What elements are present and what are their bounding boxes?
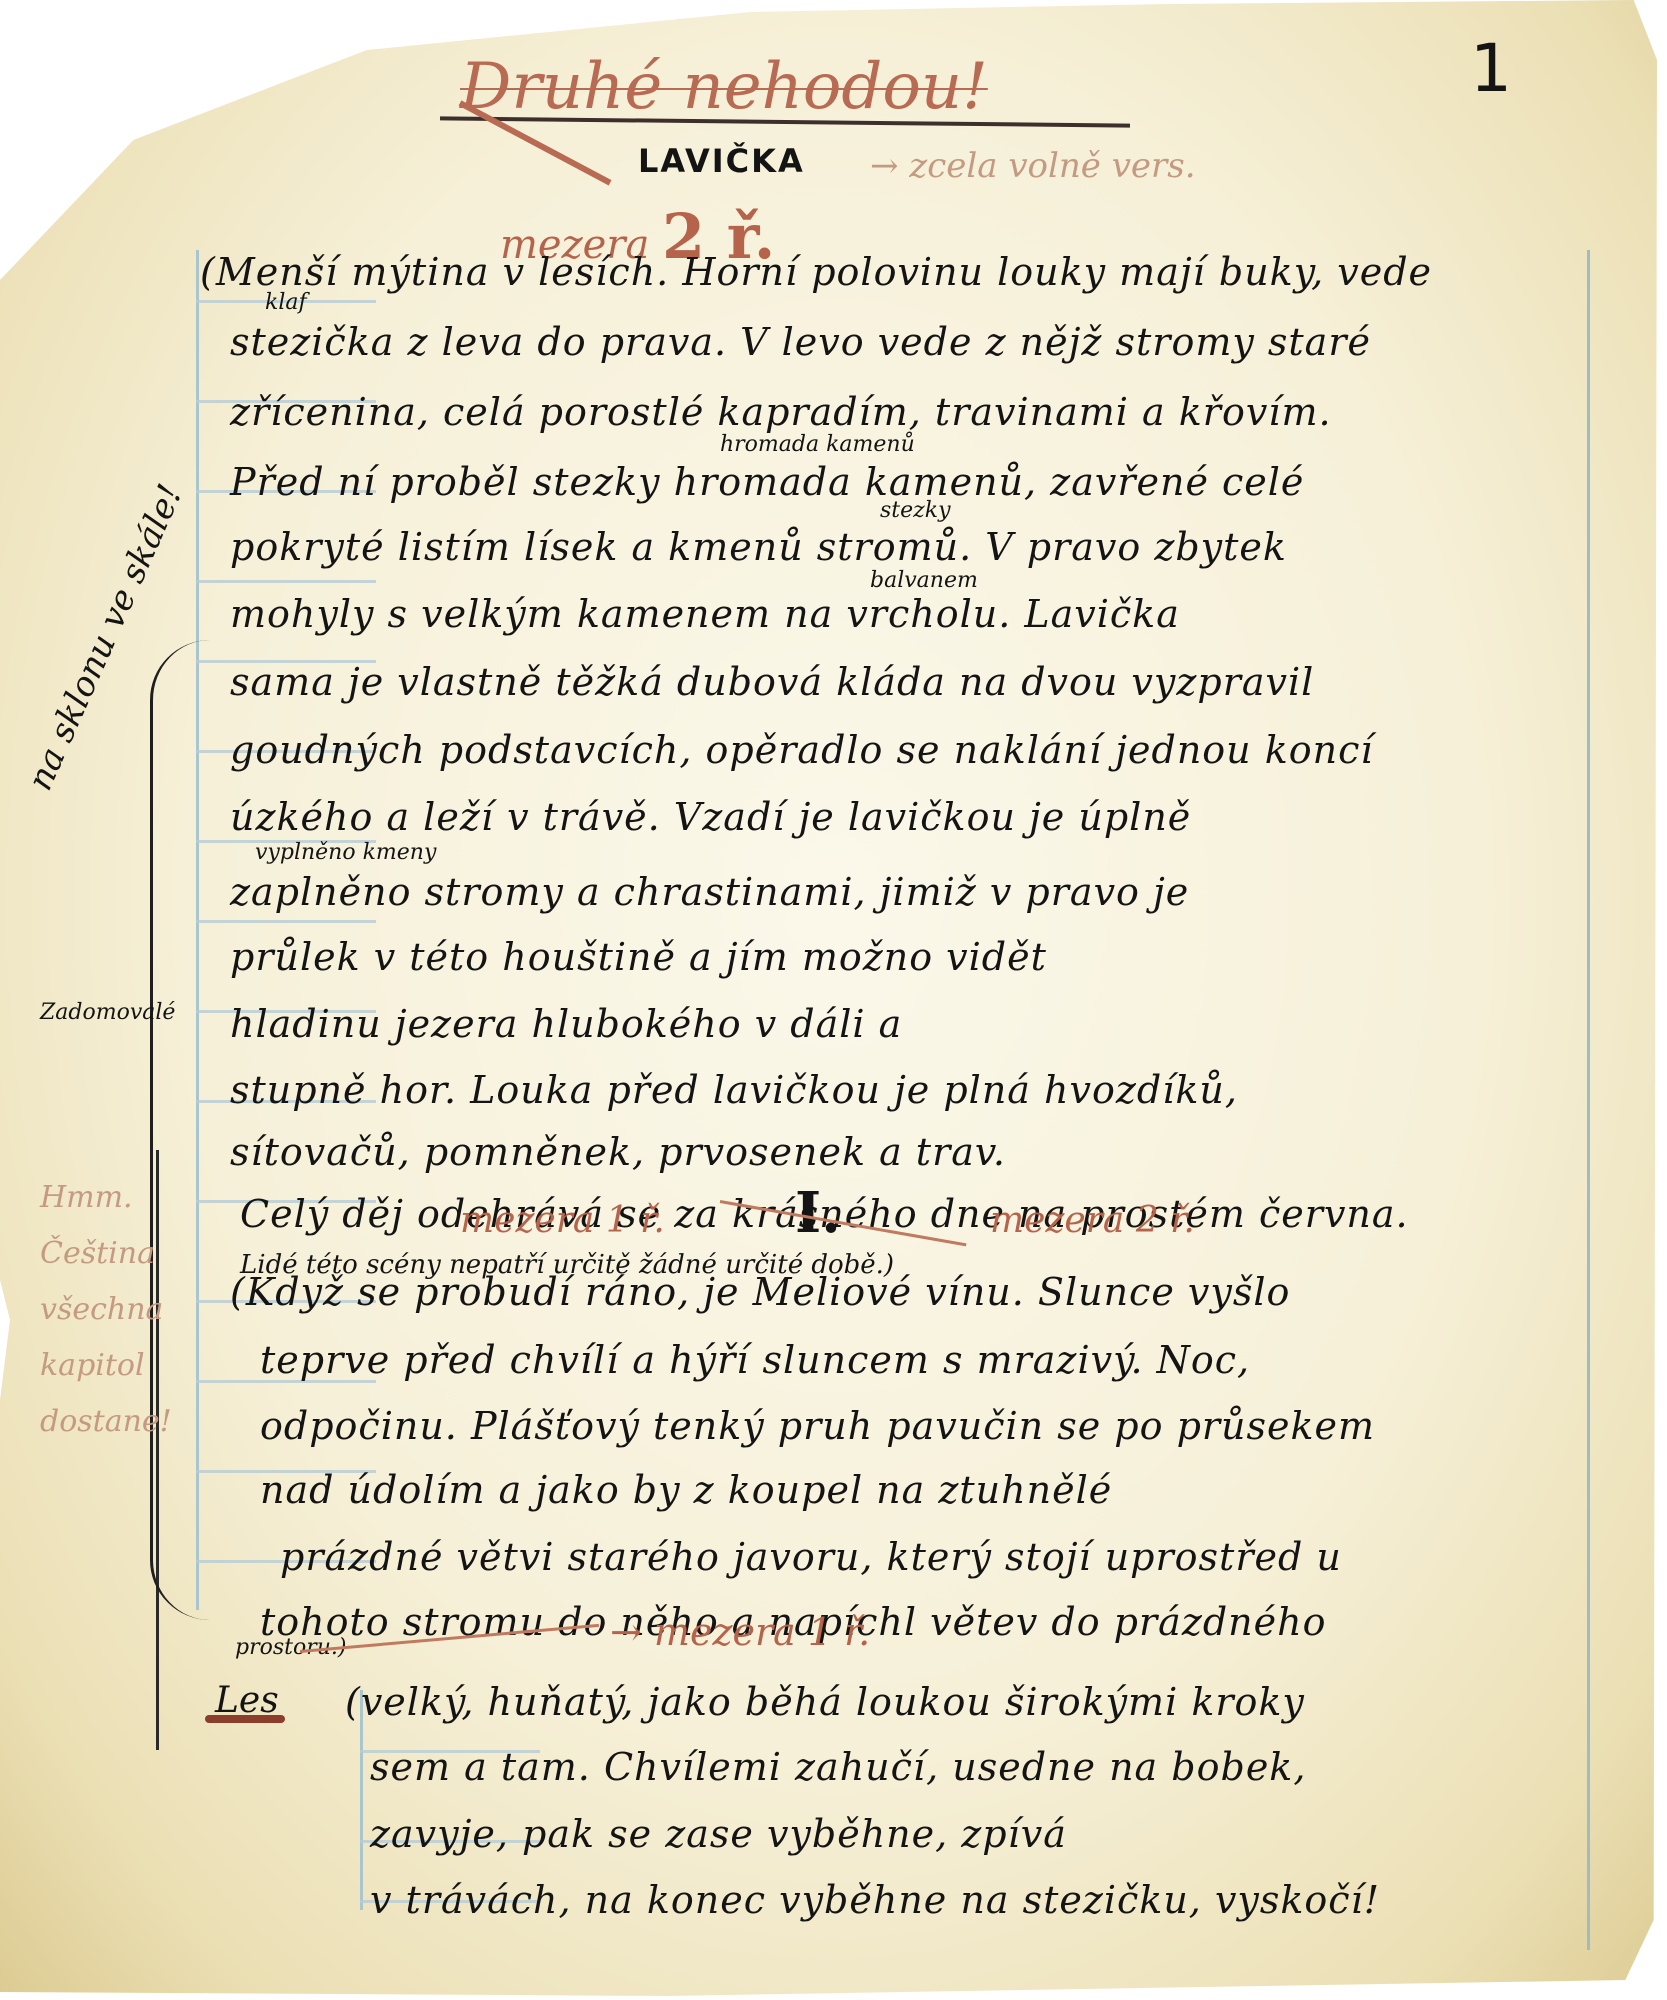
text-line: odpočinu. Plášťový tenký pruh pavučin se… [260,1404,1375,1448]
margin-note-side: Zadomovalé [40,1000,175,1025]
text-line: Před ní proběl stezky hromada kamenů, za… [230,460,1304,504]
struck-title: Druhé nehodou! [460,50,988,124]
scene-heading: LAVIČKA [638,142,805,180]
text-line: nad údolím a jako by z koupel na ztuhněl… [260,1468,1112,1512]
text-line: zřícenina, celá porostlé kapradím, travi… [230,390,1332,434]
insertion: stezky [880,498,951,523]
margin-red-note: dostane! [40,1394,172,1450]
text-line: pokryté listím lísek a kmenů stromů. V p… [230,525,1287,569]
text-line: stezička z leva do prava. V levo vede z … [230,320,1371,364]
text-line: stupně hor. Louka před lavičkou je plná … [230,1068,1238,1112]
text-line: mohyly s velkým kamenem na vrcholu. Lavi… [230,592,1180,636]
text-line: goudných podstavcích, opěradlo se naklán… [230,728,1374,772]
text-line: (Když se probudí ráno, je Meliové vínu. … [230,1270,1290,1314]
ruled-line [196,920,376,923]
text-line: teprve před chvílí a hýří sluncem s mraz… [260,1338,1250,1382]
margin-red-note: Hmm. [40,1170,133,1226]
text-line: sítovačů, pomněnek, prvosenek a trav. [230,1130,1006,1174]
insertion: vyplněno kmeny [255,840,436,865]
text-line: (Menší mýtina v lesích. Horní polovinu l… [200,250,1432,294]
text-line: v trávách, na konec vyběhne na stezičku,… [370,1878,1380,1922]
spacing-note-bottom: → mezera 1 ř. [610,1610,870,1654]
text-line: průlek v této houštině a jím možno vidět [230,935,1047,979]
heading-note: → zcela volně vers. [870,146,1196,186]
spacing-note-right: mezera 2 ř. [990,1200,1195,1241]
text-line: zavyje, pak se zase vyběhne, zpívá [370,1812,1067,1856]
text-line: sama je vlastně těžká dubová kláda na dv… [230,660,1314,704]
insertion: hromada kamenů [720,432,915,457]
margin-bracket [150,640,223,1620]
ruled-line [196,580,376,583]
text-line: sem a tam. Chvílemi zahučí, usedne na bo… [370,1745,1306,1789]
text-line: prázdné větvi starého javoru, který stoj… [280,1535,1342,1579]
margin-red-note: všechna [40,1282,163,1338]
spacing-note-left: mezera 1 ř. [460,1200,665,1241]
page-number: 1 [1470,30,1512,107]
margin-red-note: Čeština [40,1226,155,1282]
text-line: (velký, huňatý, jako běhá loukou širokým… [345,1680,1305,1724]
act-marker: I. [795,1180,841,1246]
ruled-margin-right [1587,250,1590,1950]
text-line: zaplněno stromy a chrastinami, jimiž v p… [230,870,1189,914]
speaker-underline [205,1715,285,1723]
margin-red-note: kapitol [40,1338,145,1394]
text-line: úzkého a leží v trávě. Vzadí je lavičkou… [230,795,1191,839]
text-line: hladinu jezera hlubokého v dáli a [230,1002,902,1046]
insertion: balvanem [870,568,978,593]
insertion: klaf [265,290,307,315]
